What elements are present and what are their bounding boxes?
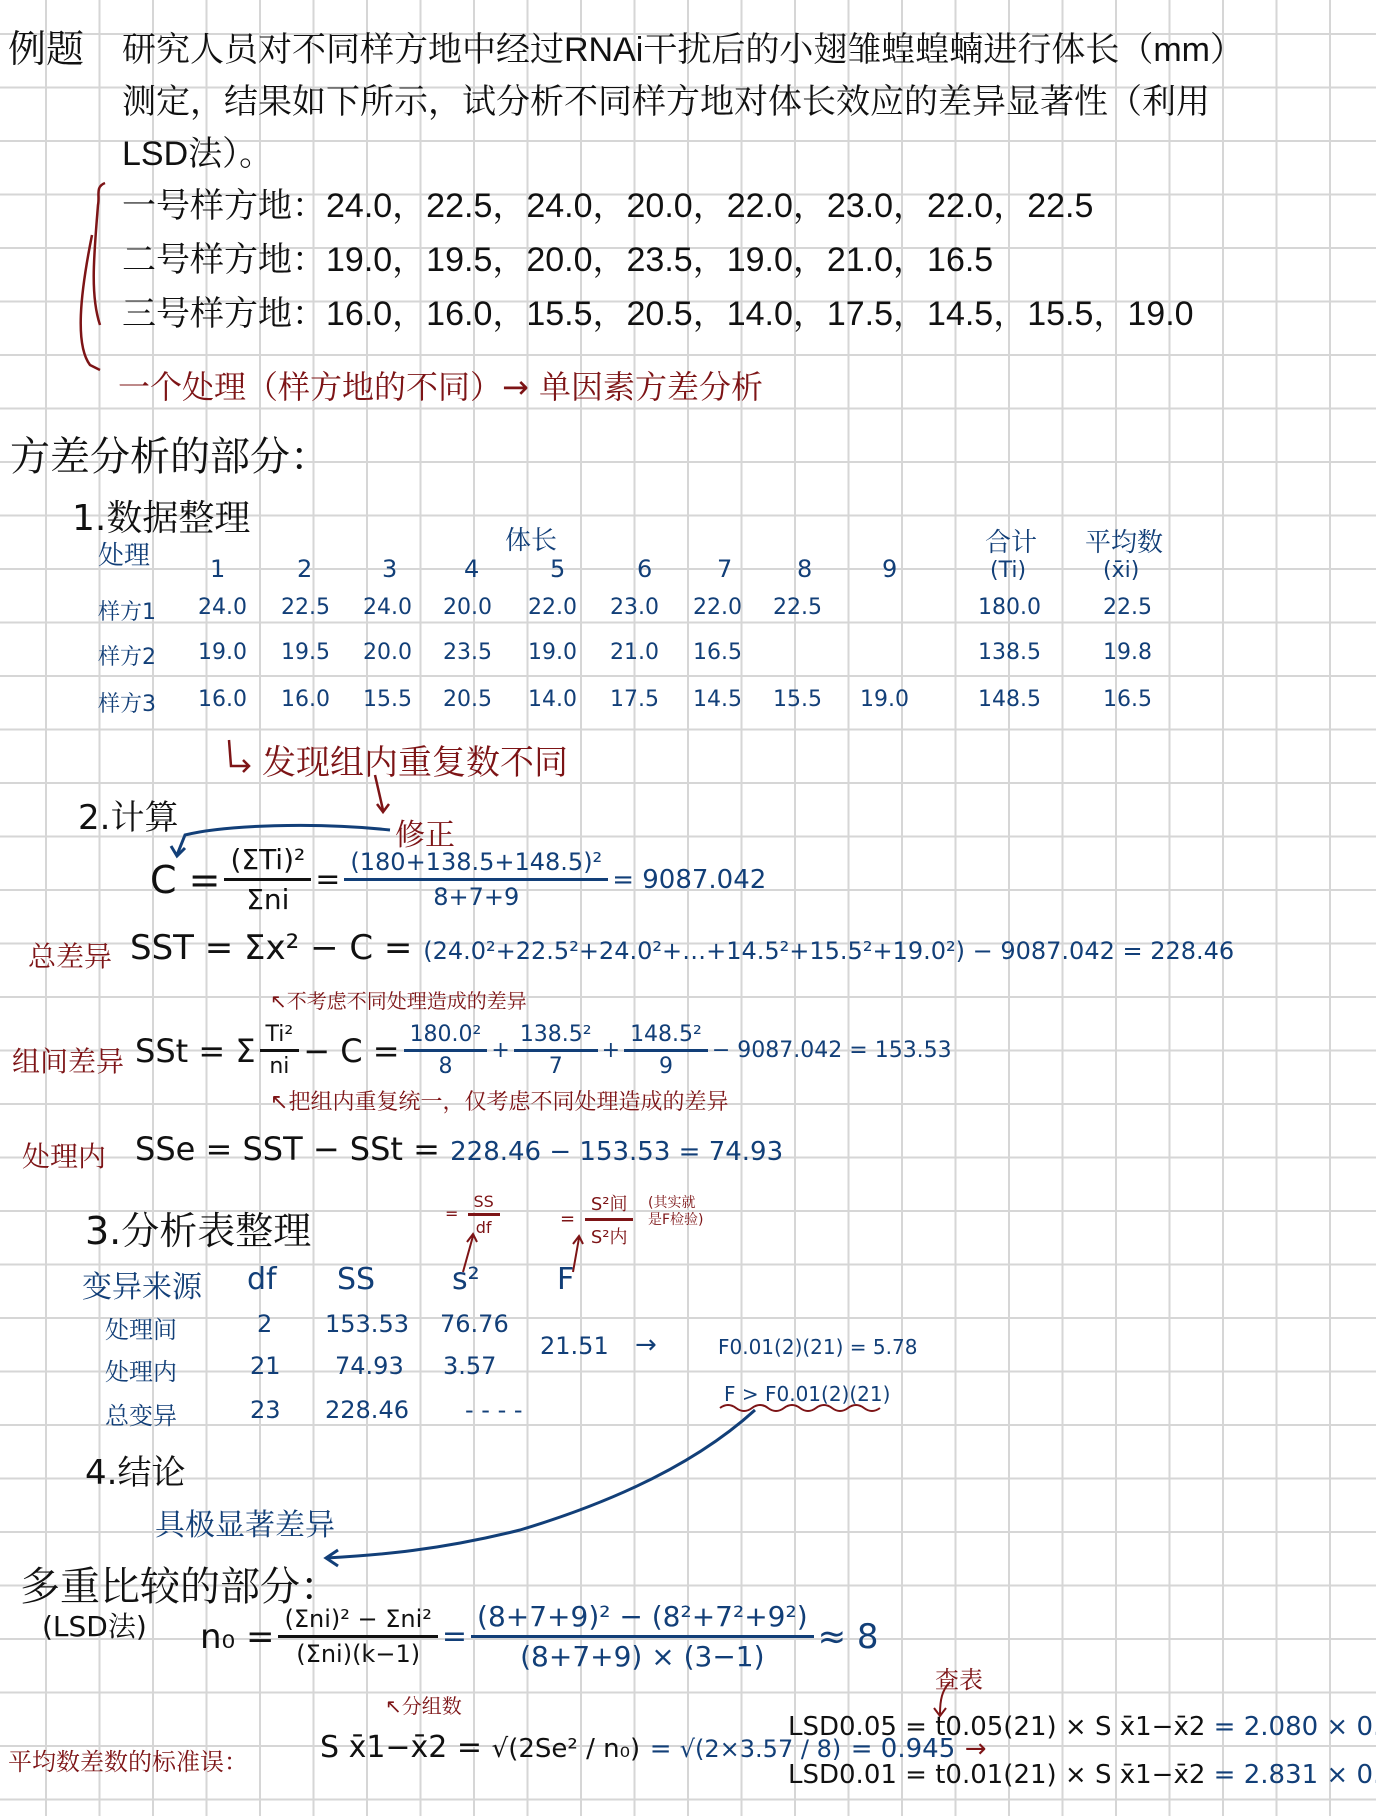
anova-section-title: 方差分析的部分： <box>10 425 330 482</box>
sst-formula: SST = Σx² − C = (24.0²+22.5²+24.0²+…+14.… <box>130 928 1234 968</box>
f-test-note: (其实就是F检验) <box>648 1195 708 1229</box>
conclusion-text: 具极显著差异 <box>155 1500 335 1544</box>
lsd-005: LSD0.05 = t0.05(21) × S x̄1−x̄2 = 2.080 … <box>788 1712 1376 1742</box>
mean-subheader: (x̄i) <box>1103 558 1139 583</box>
col-3: 3 <box>382 555 397 583</box>
sst-between-note: ↖把组内重复统一，仅考虑不同处理造成的差异 <box>270 1085 728 1116</box>
col-4: 4 <box>464 555 479 583</box>
col-5: 5 <box>550 555 565 583</box>
plot2-data: 二号样方地：19.0，19.5，20.0，23.5，19.0，21.0，16.5 <box>122 232 993 281</box>
step2-title: 2.计算 <box>78 790 178 839</box>
col-7: 7 <box>717 555 732 583</box>
se-label: 平均数差数的标准误： <box>8 1742 248 1777</box>
sst-between-label: 组间差异 <box>12 1040 124 1080</box>
col-8: 8 <box>797 555 812 583</box>
f-value: 21.51 <box>540 1332 609 1360</box>
plot1-data: 一号样方地：24.0，22.5，24.0，20.0，22.0，23.0，22.0… <box>122 178 1093 227</box>
table-row: 样方3 16.0 16.0 15.5 20.5 14.0 17.5 14.5 1… <box>98 687 1198 727</box>
col-2: 2 <box>297 555 312 583</box>
plot3-data: 三号样方地：16.0，16.0，15.5，20.5，14.0，17.5，14.5… <box>122 286 1194 335</box>
k-note: ↖分组数 <box>385 1690 462 1719</box>
step4-title: 4.结论 <box>85 1445 185 1494</box>
col-6: 6 <box>637 555 652 583</box>
single-factor-note: 一个处理（样方地的不同）→ 单因素方差分析 <box>118 362 763 408</box>
col-9: 9 <box>882 555 897 583</box>
sse-formula: SSe = SST − SSt = 228.46 − 153.53 = 74.9… <box>135 1130 783 1168</box>
brace-arrow-icon <box>60 175 120 390</box>
formula-C: C = (ΣTi)²Σni = (180+138.5+148.5)²8+7+9 … <box>150 843 766 916</box>
lsd-001: LSD0.01 = t0.01(21) × S x̄1−x̄2 = 2.831 … <box>788 1760 1376 1790</box>
sst-note: ↖不考虑不同处理造成的差异 <box>270 985 527 1014</box>
sst-label: 总差异 <box>28 935 112 975</box>
example-label: 例题 <box>8 18 84 73</box>
problem-text-line2: 测定，结果如下所示，试分析不同样方地对体长效应的差异显著性（利用 <box>122 74 1210 123</box>
lsd-method-label: (LSD法) <box>42 1605 147 1645</box>
sst-between-formula: SSt = Σ Ti²ni − C = 180.0²8 + 138.5²7 + … <box>135 1022 952 1079</box>
col-1: 1 <box>210 555 225 583</box>
body-length-header: 体长 <box>505 520 557 557</box>
total-header: 合计 <box>985 522 1037 559</box>
hook-arrow-icon <box>225 738 255 774</box>
data-rows: 样方1 24.0 22.5 24.0 20.0 22.0 23.0 22.0 2… <box>98 595 1198 735</box>
total-subheader: (Ti) <box>990 558 1026 583</box>
table-row: 样方2 19.0 19.5 20.0 23.5 19.0 21.0 16.5 1… <box>98 640 1198 680</box>
mean-header: 平均数 <box>1085 522 1163 559</box>
table-row: 样方1 24.0 22.5 24.0 20.0 22.0 23.0 22.0 2… <box>98 595 1198 635</box>
conclusion-arrow-icon <box>320 1400 900 1580</box>
step3-title: 3.分析表整理 <box>85 1200 311 1255</box>
problem-text-line3: LSD法）。 <box>122 126 273 175</box>
f-critical: F0.01(2)(21) = 5.78 <box>718 1335 917 1359</box>
treatment-header: 处理 <box>98 535 150 572</box>
sse-label: 处理内 <box>22 1135 106 1175</box>
step1-title: 1.数据整理 <box>72 490 250 541</box>
f-arrow-icon: → <box>635 1330 657 1360</box>
problem-text-line1: 研究人员对不同样方地中经过RNAi干扰后的小翅雏蝗蝗蝻进行体长（mm） <box>122 22 1244 71</box>
n0-formula: n₀ = (Σni)² − Σni²(Σni)(k−1) = (8+7+9)² … <box>200 1600 879 1673</box>
